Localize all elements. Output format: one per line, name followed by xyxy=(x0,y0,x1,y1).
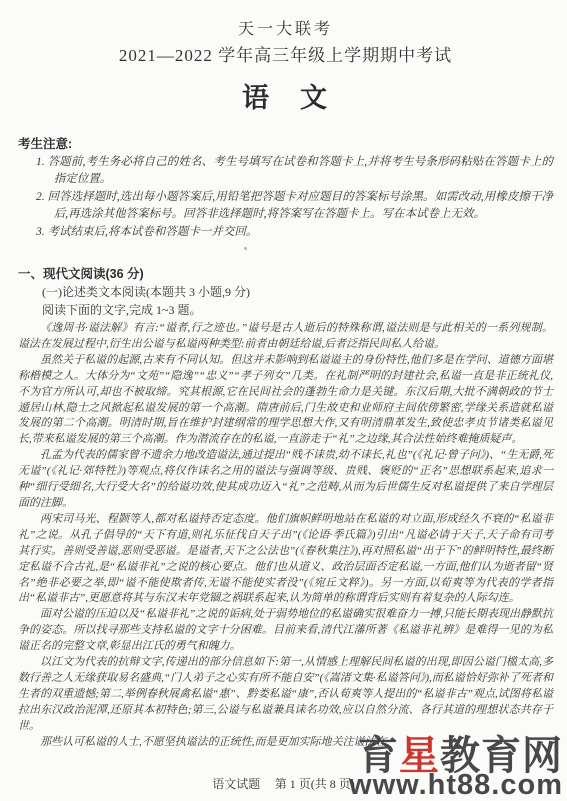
passage-paragraph-2: 虽然关于私谥的起源,古来有不同认知。但这并未影响到私谥谥主的身份特性,他们多是在… xyxy=(18,353,553,448)
notice-item-2: 2. 回答选择题时,选出每小题答案后,用铅笔把答题卡对应题目的答案标号涂黑。如需… xyxy=(36,189,553,223)
passage-paragraph-3: 孔孟为代表的儒家曾不遗余力地改造谥法,通过提出“贱不诔贵,幼不诔长,礼也”(《礼… xyxy=(18,448,553,512)
passage-paragraph-6: 以江文为代表的抗辩文字,传递出的部分信息如下:第一,从情感上理解民间私谥的出现,… xyxy=(18,655,553,735)
section-instruction: 阅读下面的文字,完成 1~3 题。 xyxy=(42,301,553,319)
reading-passage: 《逸周书·谥法解》有言:“谥者,行之迹也。”谥号是古人逝后的特殊称谓,谥法则是与… xyxy=(18,321,553,750)
subject-title: 语 文 xyxy=(18,83,553,113)
notice-heading: 考生注意: xyxy=(18,136,553,153)
section-heading: 一、现代文阅读(36 分) xyxy=(18,265,553,283)
notice-item-3: 3. 考试结束后,将本试卷和答题卡一并交回。 xyxy=(36,224,553,241)
watermark-site-url: www.ht88.com xyxy=(349,772,563,798)
footer-doc-label: 语文试题 xyxy=(212,777,260,791)
passage-paragraph-1: 《逸周书·谥法解》有言:“谥者,行之迹也。”谥号是古人逝后的特殊称谓,谥法则是与… xyxy=(18,321,553,353)
exam-organization: 天一大联考 xyxy=(18,0,553,40)
passage-paragraph-4: 两宋司马光、程颢等人,都对私谥持否定态度。他们旗帜鲜明地站在私谥的对立面,形成经… xyxy=(18,512,553,607)
passage-paragraph-5: 面对公谥的压迫以及“私谥非礼”之说的诟病,处于弱势地位的私谥确实很难奋力一搏,只… xyxy=(18,607,553,655)
exam-paper-page: 天一大联考 2021—2022 学年高三年级上学期期中考试 语 文 考生注意: … xyxy=(0,0,567,801)
scan-artifact-dot xyxy=(244,247,247,250)
paper-header: 天一大联考 2021—2022 学年高三年级上学期期中考试 语 文 xyxy=(18,0,553,113)
candidate-notice: 考生注意: 1. 答题前,考生务必将自己的姓名、考生号填写在试卷和答题卡上,并将… xyxy=(18,136,553,241)
notice-item-1: 1. 答题前,考生务必将自己的姓名、考生号填写在试卷和答题卡上,并将考生号条形码… xyxy=(36,154,553,188)
section-subheading: (一)论述类文本阅读(本题共 3 小题,9 分) xyxy=(42,283,553,301)
exam-session-title: 2021—2022 学年高三年级上学期期中考试 xyxy=(18,45,553,66)
modern-reading-section: 一、现代文阅读(36 分) (一)论述类文本阅读(本题共 3 小题,9 分) 阅… xyxy=(18,265,553,750)
footer-page-number: 第 1 页(共 8 页) xyxy=(275,777,355,791)
watermark-logo: 育星教育网 www.ht88.com xyxy=(349,737,563,798)
